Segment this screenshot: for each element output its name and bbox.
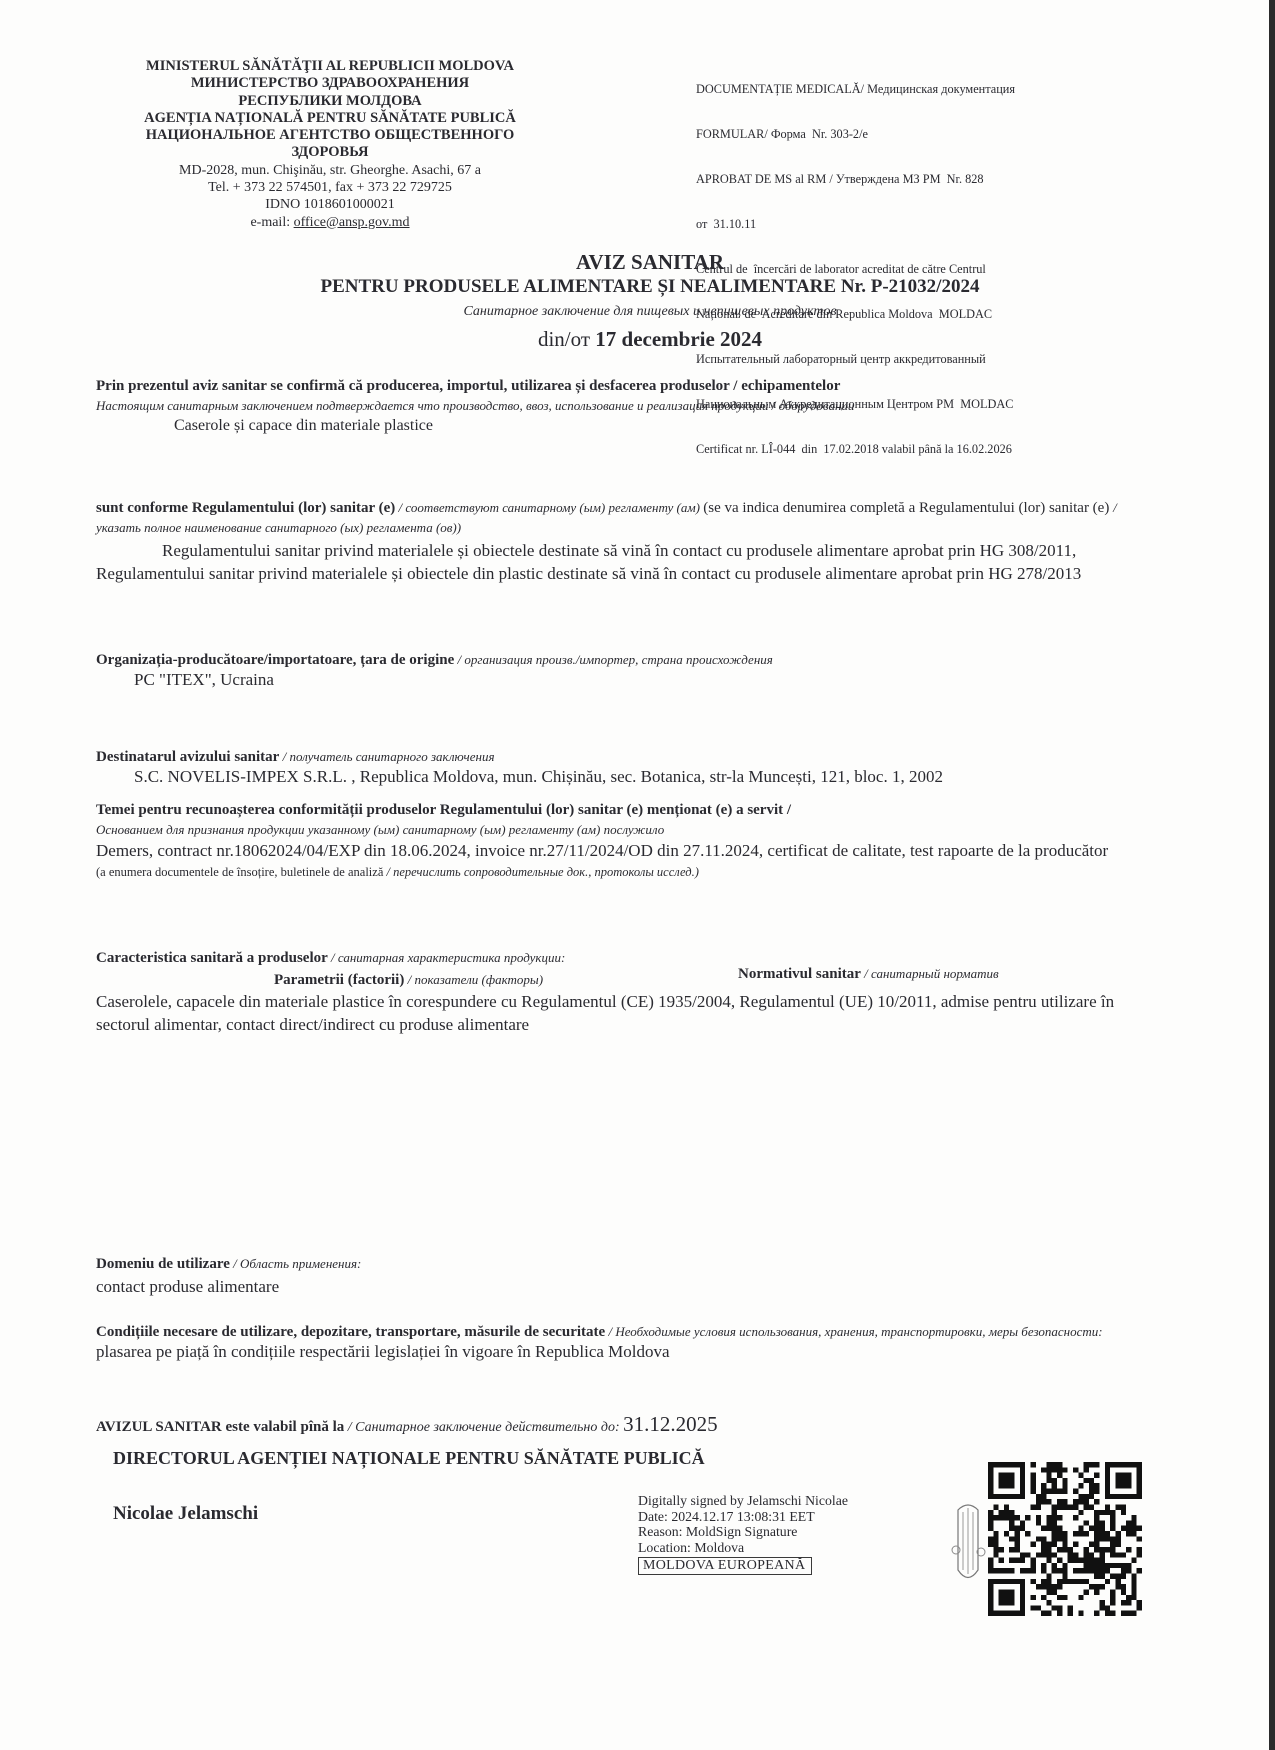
director-title: DIRECTORUL AGENȚIEI NAȚIONALE PENTRU SĂN… [113,1448,705,1469]
domain-label-ru: / Область применения: [230,1256,361,1271]
digital-signature-block: Digitally signed by Jelamschi Nicolae Da… [638,1493,848,1575]
norm-label: Normativul sanitar [738,966,861,982]
signature-date: Date: 2024.12.17 13:08:31 EET [638,1509,848,1525]
conditions-label-ru: / Необходимые условия использования, хра… [605,1324,1102,1339]
validity-label: AVIZUL SANITAR este valabil pînă la [96,1419,344,1435]
document-date: din/от 17 decembrie 2024 [200,327,1100,352]
recipient-label-ru: / получатель санитарного заключения [279,749,494,764]
issuer-phone: Tel. + 373 22 574501, fax + 373 22 72972… [80,179,580,196]
issuer-line: НАЦИОНАЛЬНОЕ АГЕНТСТВО ОБЩЕСТВЕННОГО [80,127,580,144]
parameters-label: Parametrii (factorii) [274,972,404,988]
characteristics-section: Caracteristica sanitară a produselor / с… [96,948,1156,1036]
validity-section: AVIZUL SANITAR este valabil pînă la / Са… [96,1414,1156,1438]
director-name: Nicolae Jelamschi [113,1503,258,1525]
signature-location: Location: Moldova [638,1540,848,1556]
basis-value: Demers, contract nr.18062024/04/EXP din … [96,840,1156,862]
producer-section: Organizația-producătoare/importatoare, ț… [96,650,1156,690]
basis-label: Temei pentru recunoașterea conformității… [96,800,1156,820]
regulations-note: (se va indica denumirea completă a Regul… [703,500,1113,516]
basis-note: (a enumera documentele de însoțire, bule… [96,865,387,879]
domain-value: contact produse alimentare [96,1277,1156,1297]
confirm-label: Prin prezentul aviz sanitar se confirmă … [96,376,1156,396]
norm-label-ru: / санитарный норматив [861,966,999,981]
parameters-label-ru: / показатели (факторы) [404,972,543,987]
characteristics-value: Caserolele, capacele din materiale plast… [96,990,1156,1036]
issuer-line: MINISTERUL SĂNĂTĂŢII AL REPUBLICII MOLDO… [80,58,580,75]
form-info-line: DOCUMENTAȚIE MEDICALĂ/ Медицинская докум… [696,82,1015,97]
basis-note-ru: / перечислить сопроводительные док., про… [387,865,699,879]
form-info-line: FORMULAR/ Форма Nr. 303-2/e [696,127,1015,142]
signature-reason: Reason: MoldSign Signature [638,1524,848,1540]
producer-label-ru: / организация произв./импортер, страна п… [454,652,773,667]
recipient-label: Destinatarul avizului sanitar [96,749,279,765]
form-info-line: Certificat nr. LÎ-044 din 17.02.2018 val… [696,442,1015,457]
issuer-line: РЕСПУБЛИКИ МОЛДОВА [80,93,580,110]
issuer-line: МИНИСТЕРСТВО ЗДРАВООХРАНЕНИЯ [80,75,580,92]
moldova-europeana-badge: MOLDOVA EUROPEANĂ [638,1557,812,1575]
signed-by: Digitally signed by Jelamschi Nicolae [638,1493,848,1509]
recipient-value: S.C. NOVELIS-IMPEX S.R.L. , Republica Mo… [96,767,1156,787]
validity-label-ru: / Санитарное заключение действительно до… [344,1420,623,1435]
validity-date: 31.12.2025 [623,1412,718,1436]
issuer-idno: IDNO 1018601000021 [80,196,580,213]
conditions-value: plasarea pe piață în condițiile respectă… [96,1342,1156,1362]
basis-label-ru: Основанием для признания продукции указа… [96,820,1156,840]
producer-label: Organizația-producătoare/importatoare, ț… [96,652,454,668]
form-info-line: от 31.10.11 [696,217,1015,232]
basis-section: Temei pentru recunoașterea conformității… [96,800,1156,882]
regulations-label: sunt conforme Regulamentului (lor) sanit… [96,500,395,516]
issuer-line: AGENȚIA NAȚIONALĂ PENTRU SĂNĂTATE PUBLIC… [80,110,580,127]
coat-of-arms-icon [948,1500,988,1590]
producer-value: PC "ITEX", Ucraina [96,670,1156,690]
issuer-address: MD-2028, mun. Chişinău, str. Gheorghe. A… [80,162,580,179]
regulations-value: Regulamentului sanitar privind materiale… [96,539,1156,585]
page-edge-shadow [1269,0,1275,1750]
confirm-section: Prin prezentul aviz sanitar se confirmă … [96,376,1156,436]
document-subtitle-ru: Санитарное заключение для пищевых и непи… [200,304,1100,320]
characteristics-label-ru: / санитарная характеристика продукции: [328,950,566,965]
conditions-label: Condițiile necesare de utilizare, depozi… [96,1324,605,1340]
email-link[interactable]: office@ansp.gov.md [294,215,410,230]
email-label: e-mail: [250,215,293,230]
confirm-label-ru: Настоящим санитарным заключением подтвер… [96,396,1156,416]
domain-section: Domeniu de utilizare / Область применени… [96,1254,1156,1297]
document-title: AVIZ SANITAR [200,250,1100,275]
characteristics-label: Caracteristica sanitară a produselor [96,950,328,966]
product-name: Caserole și capace din materiale plastic… [96,416,1156,436]
form-info-line: APROBAT DE MS al RM / Утверждена МЗ РМ N… [696,172,1015,187]
regulations-section: sunt conforme Regulamentului (lor) sanit… [96,498,1156,585]
document-subtitle: PENTRU PRODUSELE ALIMENTARE ȘI NEALIMENT… [200,276,1100,298]
issuer-header: MINISTERUL SĂNĂTĂŢII AL REPUBLICII MOLDO… [80,58,580,231]
regulations-label-ru: / соответствуют санитарному (ым) регламе… [395,500,703,515]
form-info-line: Испытательный лабораторный центр аккреди… [696,352,1015,367]
domain-label: Domeniu de utilizare [96,1256,230,1272]
issuer-line: ЗДОРОВЬЯ [80,144,580,161]
date-prefix: din/от [538,327,595,351]
regulations-heading: sunt conforme Regulamentului (lor) sanit… [96,498,1156,538]
recipient-section: Destinatarul avizului sanitar / получате… [96,747,1156,787]
qr-code-icon[interactable] [988,1462,1142,1616]
issuer-email-row: e-mail: office@ansp.gov.md [80,214,580,231]
date-value: 17 decembrie 2024 [595,327,762,351]
conditions-section: Condițiile necesare de utilizare, depozi… [96,1322,1156,1362]
